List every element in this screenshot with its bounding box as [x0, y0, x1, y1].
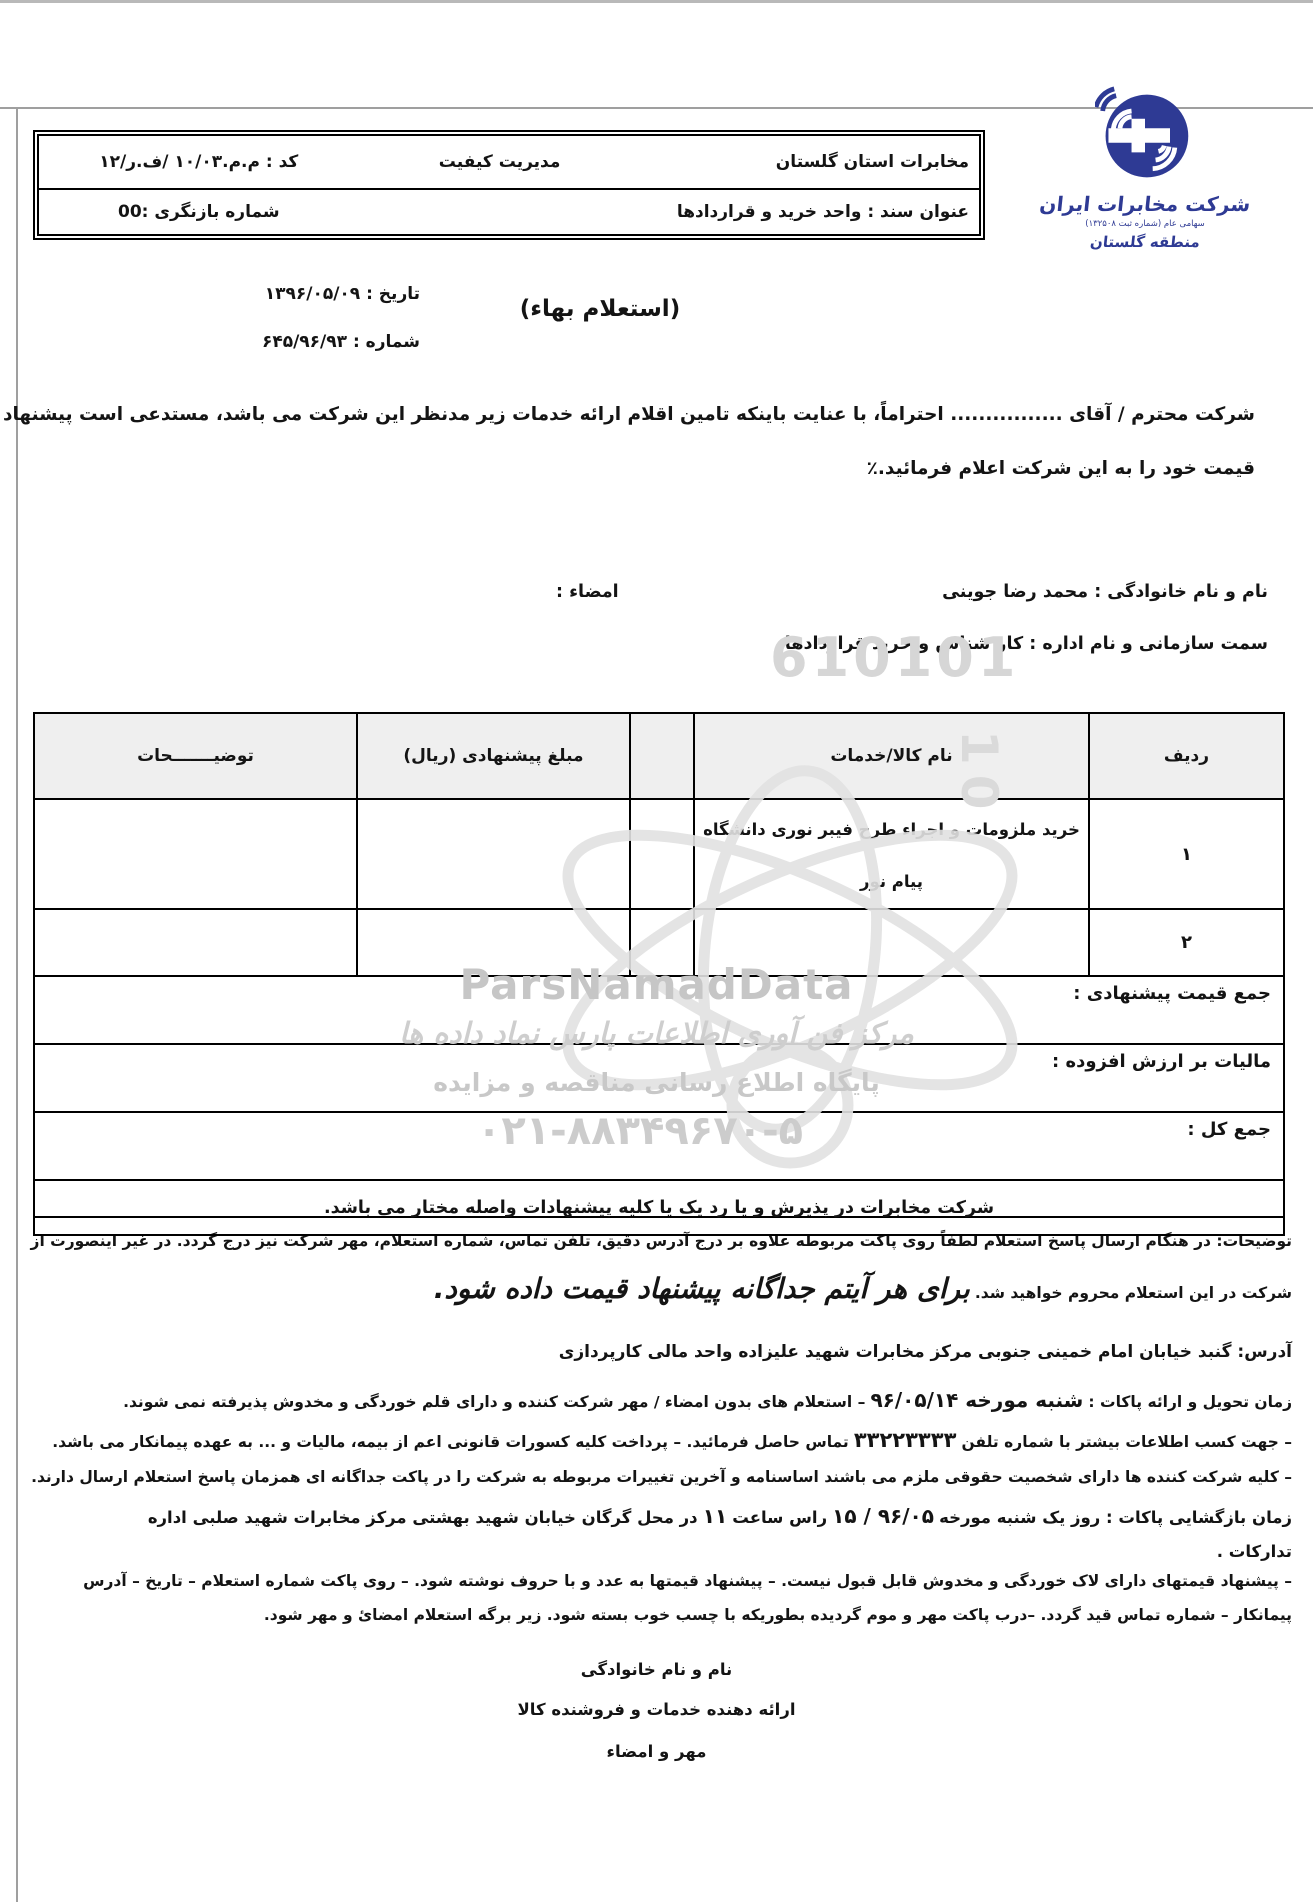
header-empty-column — [630, 713, 694, 799]
note-price-rules-2: پیمانکار – شماره تماس قید گردد. –درب پاک… — [20, 1606, 1292, 1624]
opening-hour-label: راس ساعت — [732, 1508, 827, 1527]
total-proposed-price-label: جمع قیمت پیشنهادی : — [34, 976, 1284, 1044]
table-footer-note-row: شرکت مخابرات در پذیرش و یا رد یک یا کلیه… — [34, 1180, 1284, 1235]
table-footer-note: شرکت مخابرات در پذیرش و یا رد یک یا کلیه… — [34, 1180, 1284, 1235]
note-price-rules-1: – پیشنهاد قیمتهای دارای لاک خوردگی و مخد… — [20, 1572, 1292, 1590]
delivery-label: زمان تحویل و ارائه پاکات : — [1088, 1393, 1292, 1411]
signer-position-line: سمت سازمانی و نام اداره : کار شناس و خری… — [0, 634, 1268, 654]
note-address: آدرس: گنبد خیابان امام خمینی جنوبی مرکز … — [20, 1342, 1292, 1362]
note-exclusion-text: شرکت در این استعلام محروم خواهید شد. — [975, 1284, 1292, 1302]
document-code: کد : م.م.۱۰/۰۳ /ف.ر/۱۲ — [39, 152, 359, 172]
intro-line-2: قیمت خود را به این شرکت اعلام فرمائید.٪ — [60, 458, 1255, 479]
opening-location: در محل گرگان خیابان شهید بهشتی مرکز مخاب… — [148, 1508, 698, 1527]
scan-edge-top — [0, 0, 1313, 3]
table-row: ۱ خرید ملزومات و اجراء طرح فیبر نوری دان… — [34, 799, 1284, 909]
logo-company-name: شرکت مخابرات ایران — [1019, 192, 1272, 216]
vat-row: مالیات بر ارزش افزوده : — [34, 1044, 1284, 1112]
company-logo: شرکت مخابرات ایران سهامی عام (شماره ثبت … — [1020, 86, 1270, 251]
intro-line-1: شرکت محترم / آقای ................ احترا… — [60, 404, 1255, 425]
closing-provider-label: ارائه دهنده خدمات و فروشنده کالا — [0, 1700, 1313, 1719]
closing-seal-signature-label: مهر و امضاء — [0, 1742, 1313, 1761]
row-number-cell: ۱ — [1089, 799, 1284, 909]
opening-hour: ۱۱ — [703, 1504, 727, 1528]
amount-cell — [357, 909, 630, 976]
logo-region-name: منطقه گلستان — [1019, 233, 1271, 251]
grand-total-label: جمع کل : — [34, 1112, 1284, 1180]
header-row-1: مخابرات استان گلستان مدیریت کیفیت کد : م… — [39, 136, 979, 190]
signer-name-line: نام و نام خانوادگی : محمد رضا جوینی — [0, 582, 1268, 602]
note-delivery-time: زمان تحویل و ارائه پاکات : شنبه مورخه ۹۶… — [20, 1388, 1292, 1412]
revision-number: شماره بازنگری :00 — [39, 202, 359, 222]
header-amount: مبلغ پیشنهادی (ریال) — [357, 713, 630, 799]
table-header-row: ردیف نام کالا/خدمات مبلغ پیشنهادی (ریال)… — [34, 713, 1284, 799]
opening-date: ۹۶/۰۵ / ۱۵ — [832, 1504, 934, 1528]
remarks-cell — [34, 909, 357, 976]
deductions-note: تماس حاصل فرمائید. – پرداخت کلیه کسورات … — [52, 1433, 848, 1451]
note-opening-tail: تدارکات . — [20, 1542, 1292, 1561]
document-subject: عنوان سند : واحد خرید و قراردادها — [359, 202, 979, 222]
amount-cell — [357, 799, 630, 909]
total-proposed-price-row: جمع قیمت پیشنهادی : — [34, 976, 1284, 1044]
number-line: شماره : ۶۴۵/۹۶/۹۳ — [225, 332, 420, 352]
opening-label: زمان بازگشایی پاکات : روز یک شنبه مورخه — [939, 1508, 1292, 1527]
quality-management-label: مدیریت کیفیت — [359, 152, 641, 172]
closing-name-label: نام و نام خانوادگی — [0, 1660, 1313, 1679]
contact-label: – جهت کسب اطلاعات بیشتر با شماره تلفن — [961, 1433, 1292, 1451]
row-number-cell: ۲ — [1089, 909, 1284, 976]
org-name: مخابرات استان گلستان — [641, 152, 979, 172]
delivery-conditions: – استعلام های بدون امضاء / مهر شرکت کنند… — [123, 1393, 865, 1411]
note-per-item-emphasis: برای هر آیتم جداگانه پیشنهاد قیمت داده ش… — [434, 1272, 970, 1305]
contact-phone: ۳۳۲۲۳۳۳۳ — [854, 1428, 957, 1452]
tci-globe-icon — [1095, 86, 1195, 186]
page-title: (استعلام بهاء) — [0, 296, 1200, 322]
empty-cell — [630, 909, 694, 976]
date-line: تاریخ : ۱۳۹۶/۰۵/۰۹ — [225, 284, 420, 304]
item-description-cell — [694, 909, 1089, 976]
items-table: ردیف نام کالا/خدمات مبلغ پیشنهادی (ریال)… — [33, 712, 1285, 1236]
delivery-date: شنبه مورخه ۹۶/۰۵/۱۴ — [870, 1388, 1083, 1412]
grand-total-row: جمع کل : — [34, 1112, 1284, 1180]
header-item: نام کالا/خدمات — [694, 713, 1089, 799]
document-header-box: مخابرات استان گلستان مدیریت کیفیت کد : م… — [33, 130, 985, 240]
empty-cell — [630, 799, 694, 909]
vat-label: مالیات بر ارزش افزوده : — [34, 1044, 1284, 1112]
header-row-2: عنوان سند : واحد خرید و قراردادها شماره … — [39, 190, 979, 234]
header-remarks: توضیـــــــحات — [34, 713, 357, 799]
remarks-cell — [34, 799, 357, 909]
scan-edge-vertical — [16, 107, 18, 1902]
logo-registration-line: سهامی عام (شماره ثبت ۱۳۲۵۰۸) — [1020, 219, 1270, 229]
note-legal-entities: – کلیه شرکت کننده ها دارای شخصیت حقوقی م… — [20, 1468, 1292, 1486]
item-description-cell: خرید ملزومات و اجراء طرح فیبر نوری دانشگ… — [694, 799, 1089, 909]
note-opening-time: زمان بازگشایی پاکات : روز یک شنبه مورخه … — [20, 1504, 1292, 1528]
note-contact-info: – جهت کسب اطلاعات بیشتر با شماره تلفن ۳۳… — [20, 1428, 1292, 1452]
note-exclusion-line: شرکت در این استعلام محروم خواهید شد. برا… — [20, 1272, 1292, 1305]
header-row-no: ردیف — [1089, 713, 1284, 799]
signature-label: امضاء : — [556, 582, 619, 602]
scanned-document-page: مخابرات استان گلستان مدیریت کیفیت کد : م… — [0, 0, 1313, 1902]
table-row: ۲ — [34, 909, 1284, 976]
